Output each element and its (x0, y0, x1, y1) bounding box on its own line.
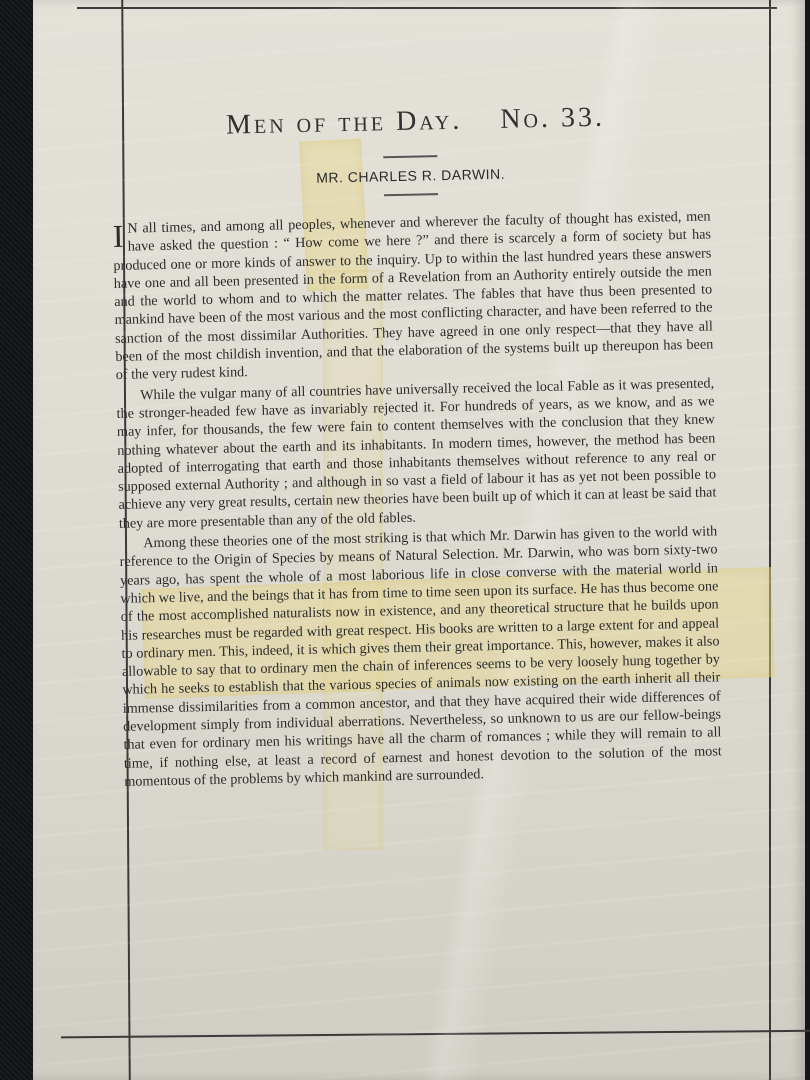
document-content: Men of the Day. No. 33. MR. CHARLES R. D… (110, 87, 722, 791)
dark-backing-board (0, 0, 34, 1080)
border-rule-right (769, 0, 771, 1080)
border-rule-top (77, 7, 777, 9)
article-body: I N all times, and among all peoples, wh… (113, 207, 723, 791)
masthead-title: Men of the Day. (226, 105, 463, 141)
issue-number: No. 33. (500, 102, 605, 135)
border-rule-bottom (61, 1030, 810, 1039)
drop-cap: I (113, 222, 128, 250)
subject-heading: MR. CHARLES R. DARWIN. (112, 161, 710, 190)
divider-top (383, 155, 437, 158)
divider-bottom (384, 193, 438, 196)
paragraph-2: While the vulgar many of all countries h… (116, 374, 717, 533)
paragraph-3: Among these theories one of the most str… (119, 522, 722, 791)
paragraph-text: N all times, and among all peoples, when… (113, 208, 713, 383)
masthead: Men of the Day. No. 33. (122, 99, 709, 143)
paragraph-1: I N all times, and among all peoples, wh… (113, 207, 714, 384)
